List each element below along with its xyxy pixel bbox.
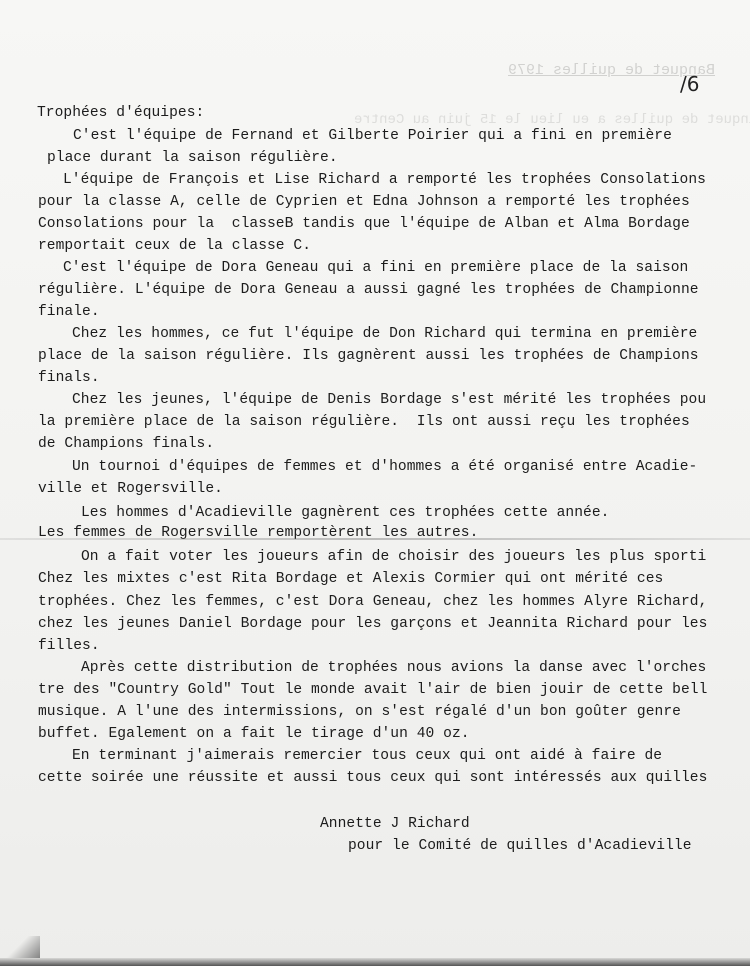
text-line: buffet. Egalement on a fait le tirage d'… — [38, 725, 470, 743]
page-bottom-edge — [0, 958, 750, 966]
text-line: Les hommes d'Acadieville gagnèrent ces t… — [81, 504, 609, 522]
text-line: En terminant j'aimerais remercier tous c… — [72, 747, 662, 765]
text-line: Un tournoi d'équipes de femmes et d'homm… — [72, 458, 697, 476]
text-line: finale. — [38, 303, 100, 321]
text-line: la première place de la saison régulière… — [38, 413, 690, 431]
text-line: C'est l'équipe de Dora Geneau qui a fini… — [63, 259, 688, 277]
signature-name: Annette J Richard — [320, 815, 470, 833]
text-line: Après cette distribution de trophées nou… — [81, 659, 706, 677]
text-line: ville et Rogersville. — [38, 480, 223, 498]
text-line: pour la classe A, celle de Cyprien et Ed… — [38, 193, 690, 211]
text-line: place durant la saison régulière. — [47, 149, 338, 167]
section-heading: Trophées d'équipes: — [37, 104, 204, 122]
signature-affiliation: pour le Comité de quilles d'Acadieville — [348, 837, 692, 855]
text-line: remportait ceux de la classe C. — [38, 237, 311, 255]
scanned-page: Banquet de quilles 1979 Notre troisième … — [0, 0, 750, 966]
text-line: Chez les jeunes, l'équipe de Denis Borda… — [72, 391, 706, 409]
text-line: filles. — [38, 637, 100, 655]
text-line: musique. A l'une des intermissions, on s… — [38, 703, 681, 721]
text-line: tre des "Country Gold" Tout le monde ava… — [38, 681, 707, 699]
page-number: /6 — [680, 72, 699, 96]
text-line: place de la saison régulière. Ils gagnèr… — [38, 347, 699, 365]
text-line: finals. — [38, 369, 100, 387]
text-line: trophées. Chez les femmes, c'est Dora Ge… — [38, 593, 707, 611]
text-line: C'est l'équipe de Fernand et Gilberte Po… — [73, 127, 672, 145]
bleed-through-text: Notre troisième banquet de quilles a eu … — [480, 52, 750, 136]
paper-fold-line — [0, 538, 750, 540]
text-line: chez les jeunes Daniel Bordage pour les … — [38, 615, 707, 633]
text-line: Chez les mixtes c'est Rita Bordage et Al… — [38, 570, 663, 588]
text-line: régulière. L'équipe de Dora Geneau a aus… — [38, 281, 699, 299]
text-line: cette soirée une réussite et aussi tous … — [38, 769, 707, 787]
text-line: Chez les hommes, ce fut l'équipe de Don … — [72, 325, 697, 343]
text-line: de Champions finals. — [38, 435, 214, 453]
text-line: On a fait voter les joueurs afin de choi… — [81, 548, 706, 566]
text-line: Consolations pour la classeB tandis que … — [38, 215, 690, 233]
text-line: L'équipe de François et Lise Richard a r… — [63, 171, 706, 189]
